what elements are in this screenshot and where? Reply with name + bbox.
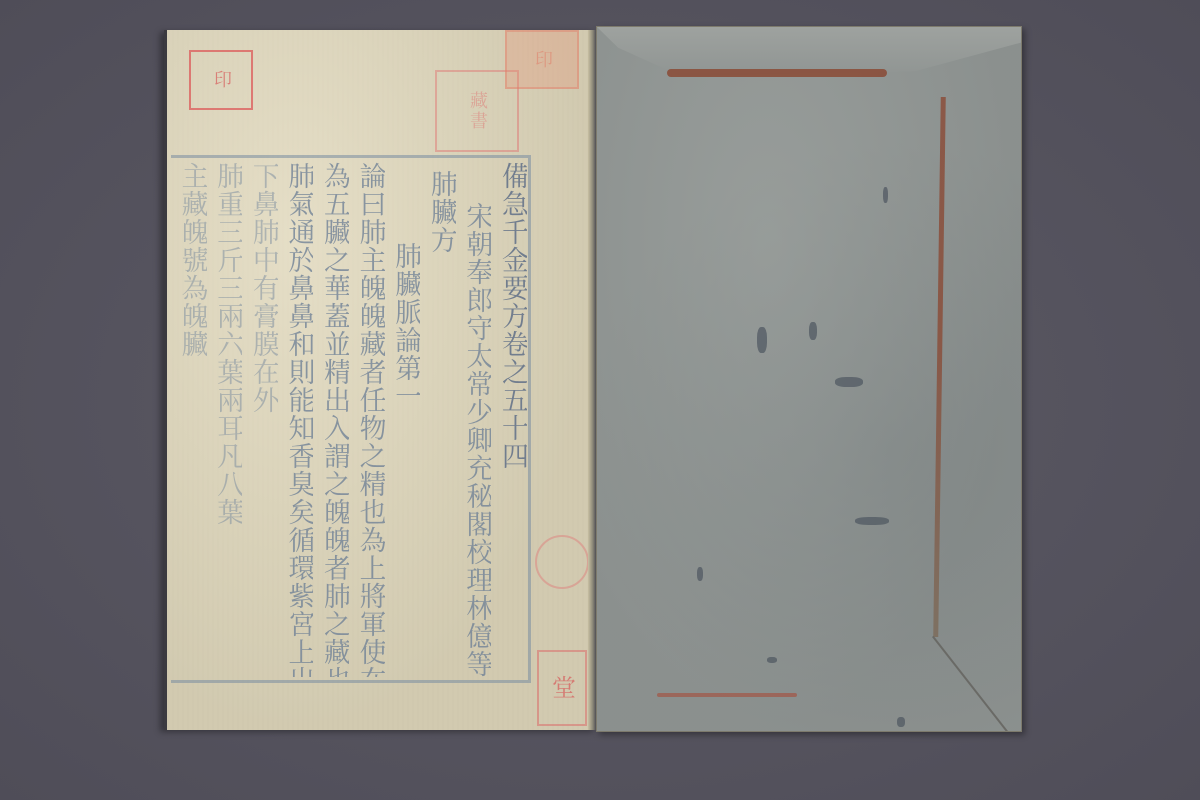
subsection-heading: 肺臟脈論第一 (391, 162, 421, 677)
corner-fold-line (932, 636, 1014, 732)
printed-text-page: 印 藏書 印 堂 備急千金要方卷之五十四 宋朝奉郎守太常少卿充秘閣校理林億等校正… (164, 30, 597, 730)
body-text-column: 為五臟之華蓋並精出入謂之魄魄者肺之藏也鼻者肺之官 (319, 162, 349, 677)
text-columns: 備急千金要方卷之五十四 宋朝奉郎守太常少卿充秘閣校理林億等校正 肺臟方 肺臟脈論… (177, 162, 527, 677)
paper-fiber-fleck (757, 327, 767, 353)
red-seal-stamp-top: 印 (505, 30, 579, 89)
paper-fiber-fleck (767, 657, 777, 663)
binding-edge-bottom (657, 693, 797, 697)
paper-fiber-fleck (809, 322, 817, 340)
round-seal-stamp (535, 535, 589, 589)
body-text-column: 主藏魄號為魄臟 (177, 162, 207, 677)
binding-edge-top (667, 69, 887, 77)
body-text-column: 肺氣通於鼻鼻和則能知香臭矣循環紫宮上出於頰候於 (284, 162, 314, 677)
body-text-column: 肺重三斤三兩六葉兩耳凡八葉 (213, 162, 243, 677)
red-seal-stamp-bottom: 堂 (537, 650, 587, 726)
paper-fiber-fleck (897, 717, 905, 727)
body-text-column: 論曰肺主魄魄藏者任物之精也為上將軍使在上行所以肺 (355, 162, 385, 677)
editor-credit: 宋朝奉郎守太常少卿充秘閣校理林億等校正 (462, 162, 492, 677)
page-spine-edge (588, 30, 596, 730)
section-heading: 肺臟方 (426, 162, 456, 677)
red-seal-stamp: 印 (189, 50, 253, 110)
paper-fiber-fleck (697, 567, 703, 581)
book-cover-page (596, 26, 1022, 732)
binding-edge-vertical (933, 97, 946, 637)
paper-fiber-fleck (855, 517, 889, 525)
body-text-column: 下鼻肺中有膏膜在外 (248, 162, 278, 677)
paper-fiber-fleck (883, 187, 888, 203)
volume-title: 備急千金要方卷之五十四 (497, 162, 527, 677)
book-photo: 印 藏書 印 堂 備急千金要方卷之五十四 宋朝奉郎守太常少卿充秘閣校理林億等校正… (0, 0, 1200, 800)
paper-fiber-fleck (835, 377, 863, 387)
